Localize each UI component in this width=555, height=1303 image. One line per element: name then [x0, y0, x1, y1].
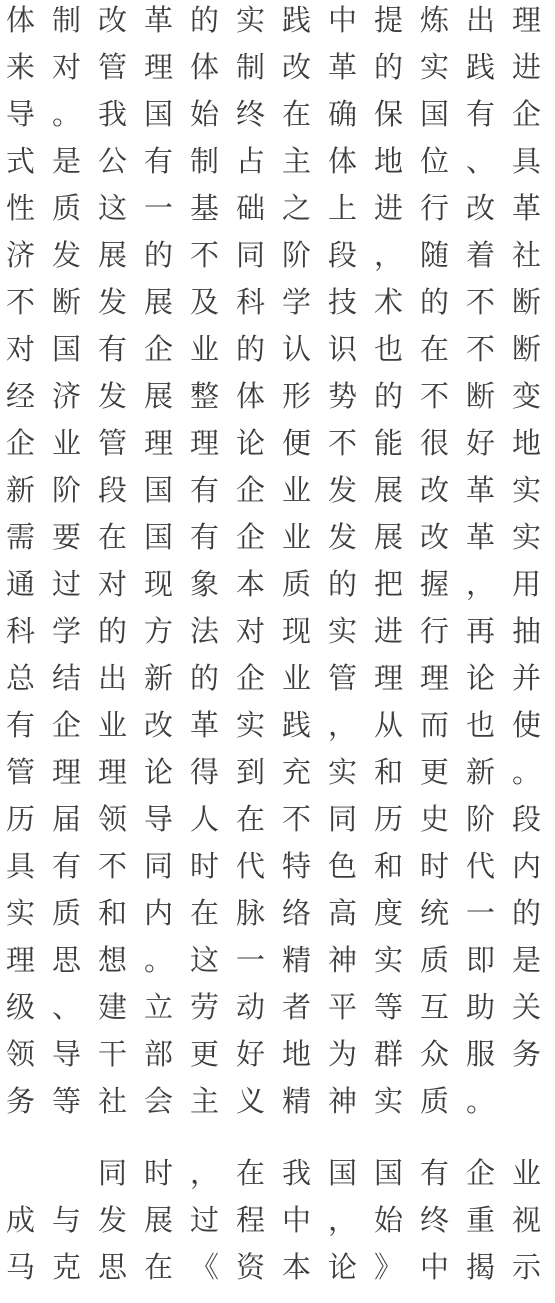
text-line: 来对管理体制改革的实践进行解释和指 [6, 44, 555, 91]
text-line: 成与发展过程中，始终重视人的作用。 [6, 1197, 555, 1244]
text-line: 济发展的不同阶段，随着社会生产力的 [6, 232, 555, 279]
paragraph-2: 同时，在我国国有企业管理体制形 成与发展过程中，始终重视人的作用。 马克思在《资… [6, 1150, 555, 1291]
text-line: 马克思在《资本论》中揭示，资本主义 [6, 1244, 555, 1291]
text-line: 务等社会主义精神实质。 [6, 1078, 555, 1125]
text-line: 领导干部更好地为群众服务及为人民服 [6, 1031, 555, 1078]
text-line: 新阶段国有企业发展改革实践，由此就 [6, 467, 555, 514]
text-line: 有企业改革实践，从而也使原有的企业 [6, 702, 555, 749]
text-line: 科学的方法对现实进行再抽象，提炼并 [6, 608, 555, 655]
document-page: 体制改革的实践中提炼出理论，再反过 来对管理体制改革的实践进行解释和指 导。我国… [6, 0, 555, 1291]
text-line: 不断发展及科学技术的不断进步，我国 [6, 279, 555, 326]
text-line: 具有不同时代特色和时代内容，但精神 [6, 843, 555, 890]
text-line: 同时，在我国国有企业管理体制形 [6, 1150, 555, 1197]
text-line: 需要在国有企业发展改革实践的基础上， [6, 514, 555, 561]
text-line: 通过对现象本质的把握，用更进步、更 [6, 561, 555, 608]
text-line: 式是公有制占主体地位、具有社会主义 [6, 138, 555, 185]
text-line: 总结出新的企业管理理论并指导新的国 [6, 655, 555, 702]
text-line: 历届领导人在不同历史阶段，都提出了 [6, 796, 555, 843]
text-line: 企业管理理论便不能很好地指导和解释 [6, 420, 555, 467]
text-line: 经济发展整体形势的不断变化，原有的 [6, 373, 555, 420]
text-line: 管理理论得到充实和更新。由此，我国 [6, 749, 555, 796]
text-line: 级、建立劳动者平等互助关系、让企业 [6, 984, 555, 1031]
paragraph-1: 体制改革的实践中提炼出理论，再反过 来对管理体制改革的实践进行解释和指 导。我国… [6, 0, 555, 1125]
text-line: 体制改革的实践中提炼出理论，再反过 [6, 0, 555, 44]
text-line: 实质和内在脉络高度统一的国有企业管 [6, 890, 555, 937]
text-line: 性质这一基础之上进行改革实践。在经 [6, 185, 555, 232]
text-line: 理思想。这一精神实质即是依靠工人阶 [6, 937, 555, 984]
text-line: 对国有企业的认识也在不断深化。随着 [6, 326, 555, 373]
text-line: 导。我国始终在确保国有企业所有制形 [6, 91, 555, 138]
